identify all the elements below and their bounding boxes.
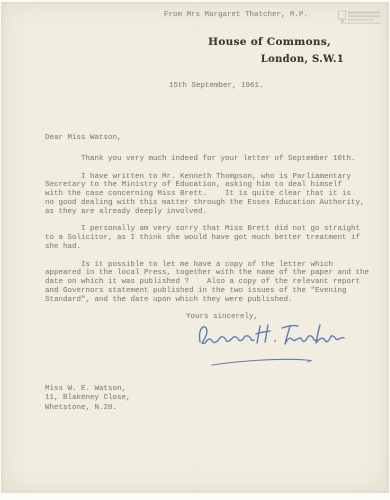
auction-watermark-stamp: [338, 10, 382, 25]
signature-margaret-thatcher: [194, 320, 354, 378]
recipient-address: Miss W. E. Watson, 11, Blakeney Close, W…: [45, 385, 131, 413]
letter-photo: { "document_type": "typed-letter", "colo…: [0, 0, 390, 500]
letterhead-house-of-commons: House of Commons,: [208, 36, 331, 48]
date-line: 15th September, 1961.: [169, 82, 264, 91]
letterhead-london: London, S.W.1: [261, 54, 344, 65]
salutation: Dear Miss Watson,: [45, 134, 122, 143]
letter-paper: From Mrs Margaret Thatcher, M.P. House o…: [1, 2, 389, 493]
sender-line: From Mrs Margaret Thatcher, M.P.: [164, 11, 308, 20]
letter-body: Thank you very much indeed for your lett…: [45, 155, 369, 305]
